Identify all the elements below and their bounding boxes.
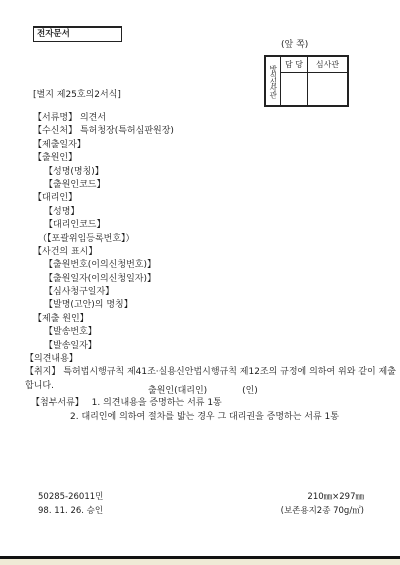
examiner-table-col-examiner: 심사관 <box>308 57 347 73</box>
form-field-agent: 【대리인】 <box>33 192 390 205</box>
footer-left-block: 50285-26011민 98. 11. 26. 승인 <box>38 491 103 518</box>
page-side-label: (앞 쪽) <box>281 37 308 50</box>
footer-paper-size: 210㎜×297㎜ <box>281 491 364 505</box>
attachment-item-1: 1. 의견내용을 증명하는 서류 1통 <box>92 398 222 408</box>
form-field-applicant: 【출원인】 <box>33 152 390 165</box>
form-field-agent-name: 【성명】 <box>44 206 390 219</box>
examiner-table-examiner-cell <box>308 73 347 105</box>
form-field-recipient: 【수신처】 특허청장(특허심판원장) <box>33 125 390 138</box>
form-reference: [별지 제25호의2서식] <box>33 87 121 100</box>
form-field-submission-date: 【제출일자】 <box>33 139 390 152</box>
attachment-item-2: 2. 대리인에 의하여 절차를 밟는 경우 그 대리권을 증명하는 서류 1통 <box>70 411 339 425</box>
scanned-form-page: 전자문서 (앞 쪽) 방식심사관 담 당 심사관 [별지 제25호의2서식] 【… <box>0 0 400 565</box>
attachments-section: 【첨부서류】 1. 의견내용을 증명하는 서류 1통 2. 대리인에 의하여 절… <box>25 397 339 425</box>
form-field-examination-request-date: 【심사청구일자】 <box>44 286 390 299</box>
page-bottom-edge-background <box>0 559 400 565</box>
signature-party-label: 출원인(대리인) <box>148 386 207 396</box>
form-body: 【서류명】 의견서 【수신처】 특허청장(특허심판원장) 【제출일자】 【출원인… <box>25 112 390 393</box>
seal-placeholder: (인) <box>242 386 258 396</box>
form-field-opinion-content: 【의견내용】 <box>25 353 390 366</box>
form-field-dispatch-date: 【발송일자】 <box>44 340 390 353</box>
form-field-submission-cause: 【제출 원인】 <box>33 313 390 326</box>
footer-paper-spec: (보존용지2종 70g/㎡) <box>281 505 364 519</box>
form-field-document-name: 【서류명】 의견서 <box>33 112 390 125</box>
form-field-applicant-code: 【출원인코드】 <box>44 179 390 192</box>
form-field-invention-title: 【발명(고안)의 명칭】 <box>44 299 390 312</box>
form-field-dispatch-number: 【발송번호】 <box>44 326 390 339</box>
form-field-application-date: 【출원일자(이의신청일자)】 <box>44 273 390 286</box>
footer-right-block: 210㎜×297㎜ (보존용지2종 70g/㎡) <box>281 491 364 518</box>
form-field-agent-code: 【대리인코드】 <box>44 219 390 232</box>
form-purpose-statement-line1: 【취지】 특허법시행규칙 제41조·실용신안법시행규칙 제12조의 규정에 의하… <box>25 366 390 379</box>
formality-examiner-table: 방식심사관 담 당 심사관 <box>264 55 349 107</box>
form-field-application-number: 【출원번호(이의신청번호)】 <box>44 259 390 272</box>
form-field-case-indication: 【사건의 표시】 <box>33 246 390 259</box>
form-field-power-of-attorney-number: （【포괄위임등록번호】） <box>38 233 390 246</box>
examiner-table-col-staff: 담 당 <box>281 57 308 73</box>
examiner-table-staff-cell <box>281 73 308 105</box>
form-field-applicant-name: 【성명(명칭)】 <box>44 166 390 179</box>
electronic-document-stamp: 전자문서 <box>33 26 122 42</box>
footer-document-number: 50285-26011민 <box>38 491 103 505</box>
examiner-table-vertical-header: 방식심사관 <box>266 57 281 105</box>
footer-approval-date: 98. 11. 26. 승인 <box>38 505 103 519</box>
electronic-document-label: 전자문서 <box>37 29 70 39</box>
attachments-heading: 【첨부서류】 <box>31 398 84 408</box>
